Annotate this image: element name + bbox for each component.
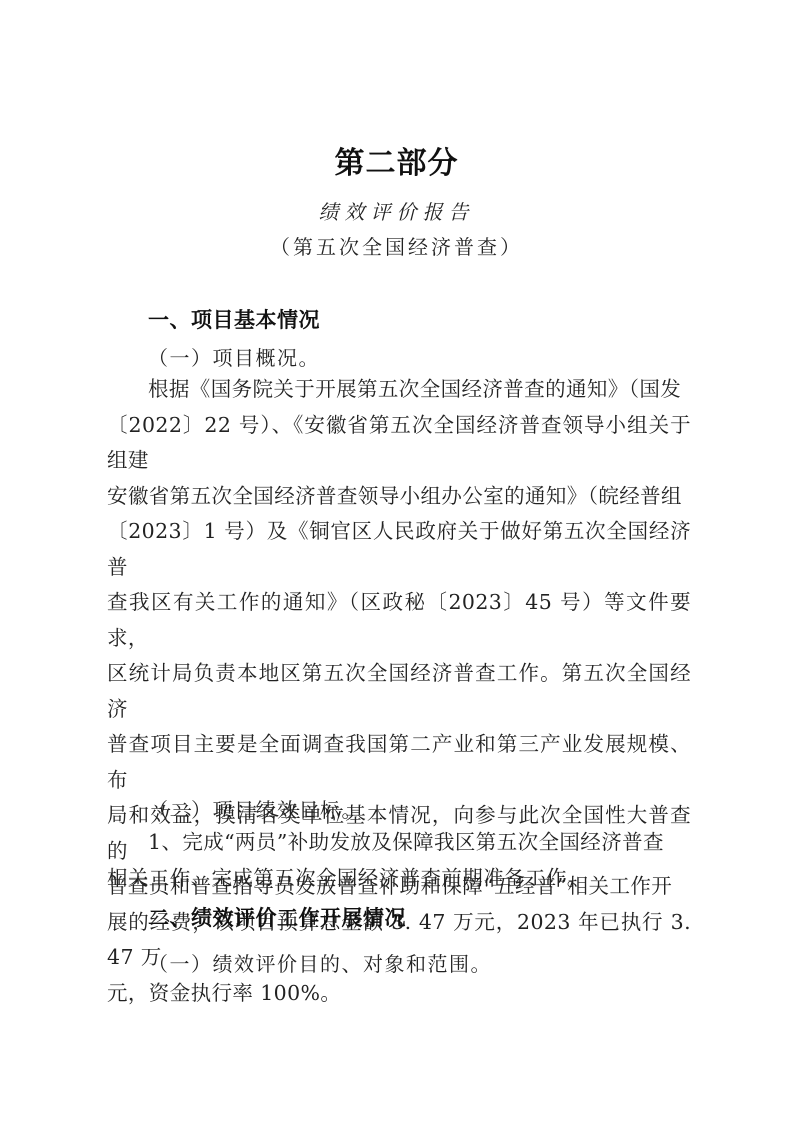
text-line: 安徽省第五次全国经济普查领导小组办公室的通知》（皖经普组 <box>107 479 691 515</box>
text-line: 〔2023〕1 号）及《铜官区人民政府关于做好第五次全国经济普 <box>107 514 691 585</box>
text-line: 查我区有关工作的通知》（区政秘〔2023〕45 号）等文件要求， <box>107 585 691 656</box>
subsection-heading-1-1: （一）项目概况。 <box>148 342 320 371</box>
section-heading-2: 二、绩效评价工作开展情况 <box>148 902 406 932</box>
text-line: 区统计局负责本地区第五次全国经济普查工作。第五次全国经济 <box>107 656 691 727</box>
subsection-heading-2-1: （一）绩效评价目的、对象和范围。 <box>148 948 492 977</box>
section-heading-1: 一、项目基本情况 <box>148 304 320 334</box>
text-line: 1、完成“两员”补助发放及保障我区第五次全国经济普查 <box>107 825 691 861</box>
subsection-heading-1-2: （二）项目绩效目标。 <box>148 794 363 823</box>
report-subtitle: （第五次全国经济普查） <box>0 231 793 260</box>
document-page: 第二部分 绩效评价报告 （第五次全国经济普查） 一、项目基本情况 （一）项目概况… <box>0 0 793 1122</box>
report-title: 绩效评价报告 <box>0 196 793 225</box>
text-line: 普查项目主要是全面调查我国第二产业和第三产业发展规模、布 <box>107 727 691 798</box>
part-title: 第二部分 <box>0 138 793 182</box>
text-line: 〔2022〕22 号）、《安徽省第五次全国经济普查领导小组关于组建 <box>107 408 691 479</box>
paragraph-performance-goals: 1、完成“两员”补助发放及保障我区第五次全国经济普查 相关工作、完成第五次全国经… <box>107 825 691 896</box>
text-line: 元，资金执行率 100%。 <box>107 976 691 1012</box>
text-line: 相关工作、完成第五次全国经济普查前期准备工作。 <box>107 861 691 897</box>
text-line: 根据《国务院关于开展第五次全国经济普查的通知》（国发 <box>107 372 691 408</box>
